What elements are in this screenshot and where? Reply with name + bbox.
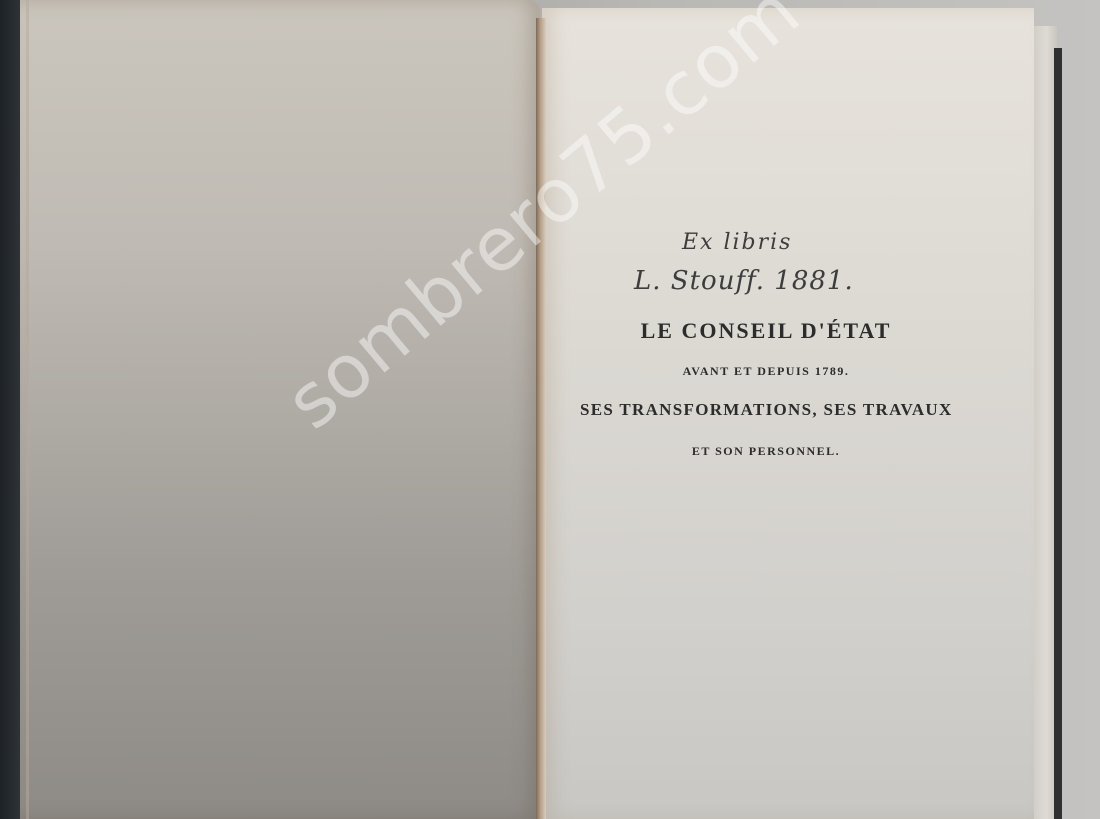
book-subtitle-1: AVANT ET DEPUIS 1789. [542,364,990,379]
title-page: Ex libris L. Stouff. 1881. LE CONSEIL D'… [542,8,1034,819]
page-stack-edge [1030,26,1057,819]
book-subtitle-2: SES TRANSFORMATIONS, SES TRAVAUX [580,400,953,420]
inscription-ex-libris: Ex libris [682,230,792,255]
book-subtitle-3: ET SON PERSONNEL. [542,444,990,459]
left-page-blank [20,0,540,819]
inscription-owner: L. Stouff. 1881. [634,266,854,296]
book-title: LE CONSEIL D'ÉTAT [542,318,990,344]
left-page-edge [26,0,29,819]
book-cover-right [1054,48,1062,819]
book-gutter [536,18,546,819]
